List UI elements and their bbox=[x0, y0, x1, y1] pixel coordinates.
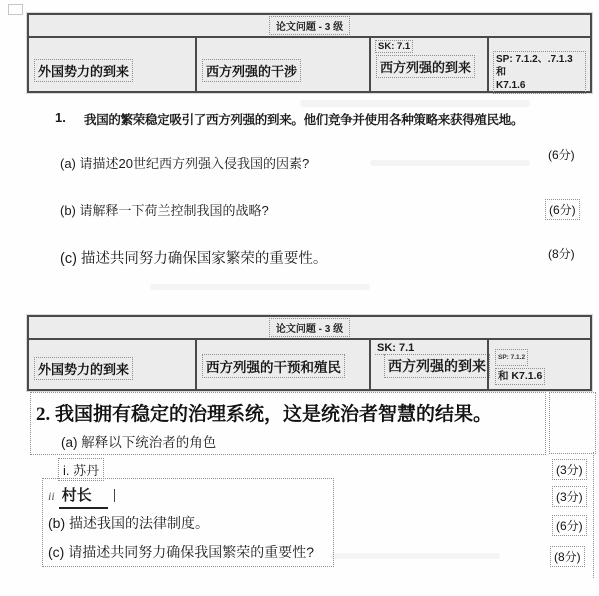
question-2b-text: (b) 描述我国的法律制度。 bbox=[48, 513, 209, 533]
table-body-row: 外国势力的到来 西方列强的干涉 SK: 7.1 西方列强的到来 SP: 7.1.… bbox=[29, 38, 590, 91]
table-cell-sk-code: SK: 7.1 西方列强的到来 bbox=[369, 340, 487, 389]
question-1-statement: 我国的繁荣稳定吸引了西方列强的到来。他们竞争并使用各种策略来获得殖民地。 bbox=[84, 110, 554, 128]
question-2-number: 2. bbox=[36, 404, 50, 425]
question-2a-ii-answer: 村长 bbox=[59, 484, 108, 509]
scan-noise bbox=[330, 553, 500, 559]
table-title: 论文问题 - 3 级 bbox=[269, 16, 350, 35]
question-2b-points: (6分) bbox=[552, 515, 587, 536]
sp-code: SP: 7.1.2 和 K7.1.6 bbox=[493, 348, 586, 386]
sp-code-line1: SP: 7.1.2 bbox=[495, 349, 528, 366]
scan-noise bbox=[150, 284, 370, 290]
question-1b-points: (6分) bbox=[545, 199, 580, 220]
topic-label: 外国势力的到来 bbox=[34, 357, 133, 380]
sp-code: SP: 7.1.2、.7.1.3 和 K7.1.6 bbox=[493, 51, 586, 94]
question-2-statement: 2. 我国拥有稳定的治理系统，这是统治者智慧的结果。 bbox=[36, 399, 492, 426]
question-1a-points: (6分) bbox=[548, 146, 575, 163]
scan-noise bbox=[370, 160, 530, 166]
question-1b-text: (b) 请解释一下荷兰控制我国的战略? bbox=[60, 200, 269, 219]
annotation-edge-line bbox=[593, 452, 594, 578]
question-2a-ii-row: ii村长 bbox=[48, 484, 115, 509]
question-matrix-table-2: 论文问题 - 3 级 外国势力的到来 西方列强的干预和殖民 SK: 7.1 西方… bbox=[27, 315, 592, 391]
sk-topic-label: 西方列强的到来 bbox=[376, 55, 475, 78]
table-cell-sp-code: SP: 7.1.2、.7.1.3 和 K7.1.6 bbox=[487, 38, 590, 91]
table-cell-topic-1: 外国势力的到来 bbox=[29, 340, 195, 389]
topic-label: 西方列强的干涉 bbox=[202, 59, 301, 82]
table-cell-sk-code: SK: 7.1 西方列强的到来 bbox=[369, 38, 487, 91]
question-2c-text: (c) 请描述共同努力确保我国繁荣的重要性? bbox=[48, 542, 314, 562]
sp-code-line2: 和 K7.1.6 bbox=[495, 368, 545, 385]
sk-code: SK: 7.1 bbox=[375, 40, 413, 53]
text-cursor-artifact bbox=[114, 489, 115, 502]
topic-label: 外国势力的到来 bbox=[34, 59, 133, 82]
question-2a-i-points: (3分) bbox=[552, 459, 587, 480]
question-2a-ii-points: (3分) bbox=[552, 486, 587, 507]
table-title-row: 论文问题 - 3 级 bbox=[29, 15, 590, 38]
question-1c-points: (8分) bbox=[548, 245, 575, 262]
sp-code-line2: K7.1.6 bbox=[496, 79, 583, 92]
question-2a-ii-numeral: ii bbox=[48, 489, 55, 503]
table-cell-topic-1: 外国势力的到来 bbox=[29, 38, 195, 91]
question-1c-text: (c) 描述共同努力确保国家繁荣的重要性。 bbox=[60, 247, 327, 268]
question-2c-points: (8分) bbox=[550, 546, 585, 567]
scan-noise bbox=[300, 100, 530, 107]
table-cell-topic-2: 西方列强的干涉 bbox=[195, 38, 369, 91]
exam-document-page: 论文问题 - 3 级 外国势力的到来 西方列强的干涉 SK: 7.1 西方列强的… bbox=[0, 0, 599, 596]
empty-annotation-box bbox=[549, 392, 596, 454]
table-cell-topic-2: 西方列强的干预和殖民 bbox=[195, 340, 369, 389]
table-title: 论文问题 - 3 级 bbox=[269, 318, 350, 337]
sk-topic-label: 西方列强的到来 bbox=[384, 354, 490, 378]
question-1-number: 1. bbox=[55, 110, 66, 125]
topic-label: 西方列强的干预和殖民 bbox=[202, 354, 345, 378]
table-title-row: 论文问题 - 3 级 bbox=[29, 317, 590, 340]
table-cell-sp-code: SP: 7.1.2 和 K7.1.6 bbox=[487, 340, 590, 389]
sp-code-line1: SP: 7.1.2、.7.1.3 和 bbox=[496, 53, 583, 79]
table-body-row: 外国势力的到来 西方列强的干预和殖民 SK: 7.1 西方列强的到来 SP: 7… bbox=[29, 340, 590, 389]
scan-artifact-box bbox=[8, 4, 23, 15]
question-1a-text: (a) 请描述20世纪西方列强入侵我国的因素? bbox=[60, 153, 309, 172]
question-2-text: 我国拥有稳定的治理系统，这是统治者智慧的结果。 bbox=[55, 404, 492, 425]
question-matrix-table-1: 论文问题 - 3 级 外国势力的到来 西方列强的干涉 SK: 7.1 西方列强的… bbox=[27, 13, 592, 93]
question-2a-text: (a) 解释以下统治者的角色 bbox=[61, 431, 216, 451]
